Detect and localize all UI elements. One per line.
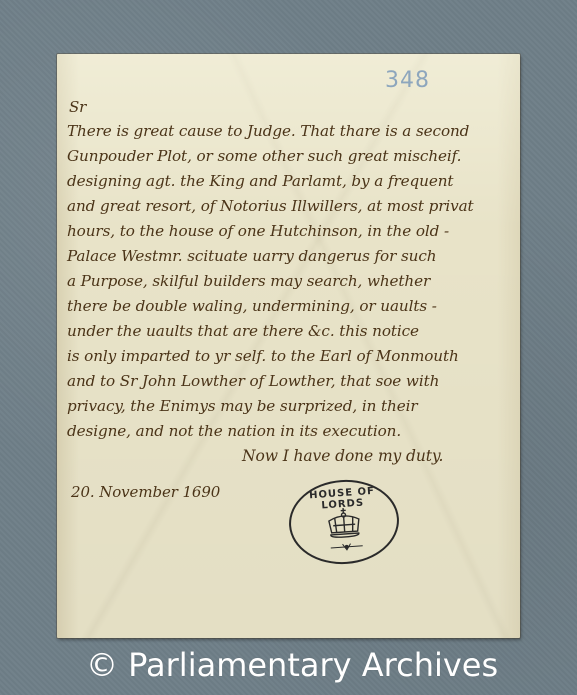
letter-paper: 348 Sr There is great cause to Judge. Th… — [57, 54, 520, 638]
signoff: Now I have done my duty. — [242, 447, 443, 465]
house-of-lords-stamp: HOUSE OF LORDS — [286, 476, 402, 567]
letter-line: Palace Westmr. scituate uarry dangerus f… — [67, 247, 436, 265]
copyright-watermark: © Parliamentary Archives — [86, 646, 498, 684]
letter-line: and to Sr John Lowther of Lowther, that … — [67, 372, 439, 390]
letter-line: Gunpouder Plot, or some other such great… — [67, 147, 461, 165]
salutation: Sr — [69, 98, 86, 116]
letter-line: a Purpose, skilful builders may search, … — [67, 272, 430, 290]
crown-icon — [324, 505, 364, 542]
letter-line: designe, and not the nation in its execu… — [67, 422, 401, 440]
letter-line: hours, to the house of one Hutchinson, i… — [67, 222, 449, 240]
letter-line: designing agt. the King and Parlamt, by … — [67, 172, 453, 190]
letter-line: There is great cause to Judge. That thar… — [67, 122, 469, 140]
letter-date: 20. November 1690 — [71, 483, 220, 501]
letter-line: and great resort, of Notorius Illwillers… — [67, 197, 474, 215]
letter-line: privacy, the Enimys may be surprized, in… — [67, 397, 418, 415]
letter-line: under the uaults that are there &c. this… — [67, 322, 419, 340]
stamp-flourish-icon — [328, 541, 365, 553]
letter-line: there be double waling, undermining, or … — [67, 297, 437, 315]
letter-line: is only imparted to yr self. to the Earl… — [67, 347, 459, 365]
folio-number: 348 — [385, 68, 430, 93]
